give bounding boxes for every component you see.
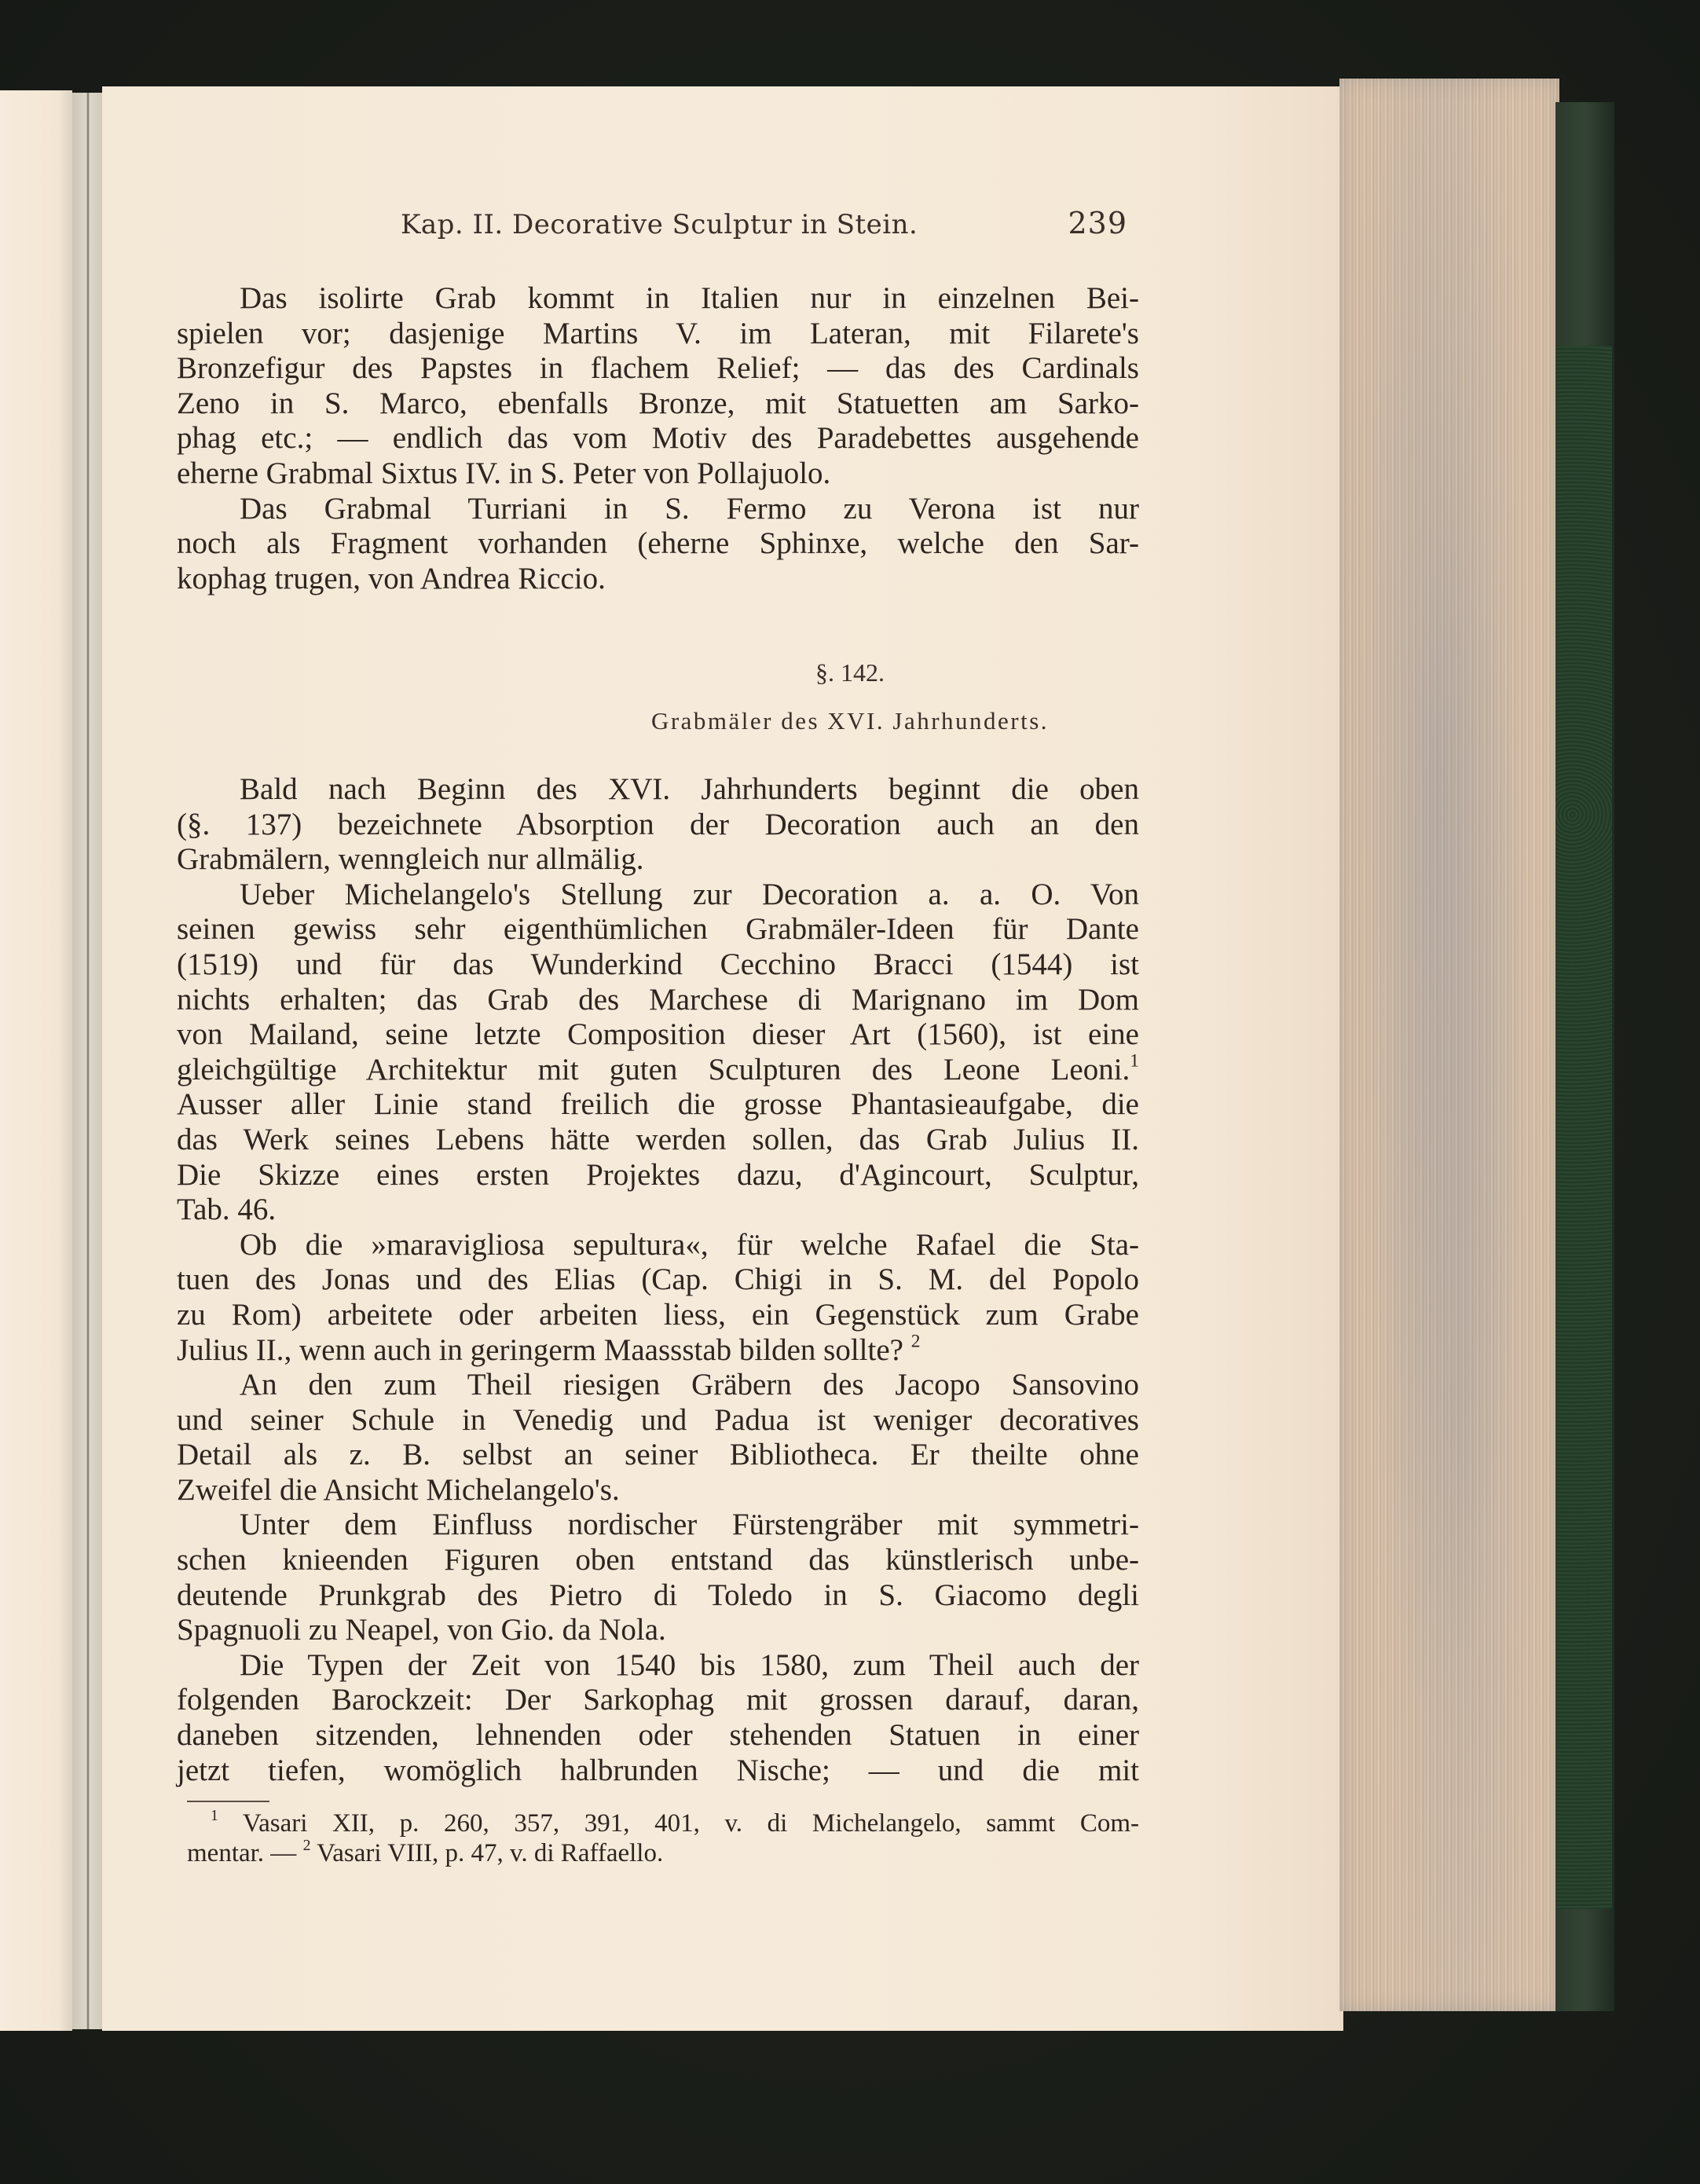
text-line: schen knieenden Figuren oben entstand da…	[177, 1543, 1139, 1578]
text-line: spielen vor; dasjenige Martins V. im Lat…	[177, 317, 1139, 352]
facing-page-left	[0, 90, 72, 2031]
text-line: jetzt tiefen, womöglich halbrunden Nisch…	[177, 1753, 1139, 1789]
footnotes: 1 Vasari XII, p. 260, 357, 391, 401, v. …	[187, 1808, 1139, 1868]
text-line: Unter dem Einfluss nordischer Fürstengrä…	[177, 1508, 1139, 1543]
paragraph: Das isolirte Grab kommt in Italien nur i…	[177, 281, 1139, 492]
text-line: Die Skizze eines ersten Projektes dazu, …	[177, 1158, 1139, 1193]
text-line-with-footnote: gleichgültige Architektur mit guten Scul…	[177, 1053, 1139, 1088]
text-line: noch als Fragment vorhanden (eherne Sphi…	[177, 526, 1139, 562]
text-line: gleichgültige Architektur mit guten Scul…	[177, 1053, 1130, 1087]
footnote-2: mentar. — 2 Vasari VIII, p. 47, v. di Ra…	[187, 1838, 1139, 1868]
page-number: 239	[1068, 206, 1127, 240]
paragraph: Die Typen der Zeit von 1540 bis 1580, zu…	[177, 1648, 1139, 1788]
paragraph: Bald nach Beginn des XVI. Jahrhunderts b…	[177, 772, 1139, 878]
text-line: Julius II., wenn auch in geringerm Maass…	[177, 1333, 903, 1367]
footnote-1: 1 Vasari XII, p. 260, 357, 391, 401, v. …	[187, 1808, 1139, 1838]
text-line: (1519) und für das Wunderkind Cecchino B…	[177, 947, 1139, 983]
text-line: seinen gewiss sehr eigenthümlichen Grabm…	[177, 912, 1139, 947]
footnote-mark: 1	[211, 1807, 218, 1824]
text-line-with-footnote: Julius II., wenn auch in geringerm Maass…	[177, 1333, 1139, 1369]
body-text: Das isolirte Grab kommt in Italien nur i…	[177, 281, 1139, 596]
footnote-text: Vasari XII, p. 260, 357, 391, 401, v. di…	[243, 1809, 1139, 1838]
text-line: Die Typen der Zeit von 1540 bis 1580, zu…	[177, 1648, 1139, 1684]
text-line: phag etc.; — endlich das vom Motiv des P…	[177, 421, 1139, 456]
text-line: Das Grabmal Turriani in S. Fermo zu Vero…	[177, 492, 1139, 527]
text-line: und seiner Schule in Venedig und Padua i…	[177, 1403, 1139, 1438]
text-line: nichts erhalten; das Grab des Marchese d…	[177, 983, 1139, 1018]
paragraph: Unter dem Einfluss nordischer Fürstengrä…	[177, 1508, 1139, 1647]
text-line: Spagnuoli zu Neapel, von Gio. da Nola.	[177, 1613, 1139, 1648]
text-line: folgenden Barockzeit: Der Sarkophag mit …	[177, 1683, 1139, 1718]
text-line: Zweifel die Ansicht Michelangelo's.	[177, 1473, 1139, 1508]
paragraph: Das Grabmal Turriani in S. Fermo zu Vero…	[177, 492, 1139, 597]
text-line: daneben sitzenden, lehnenden oder stehen…	[177, 1718, 1139, 1753]
section-number: §. 142.	[0, 658, 1700, 687]
paragraph: An den zum Theil riesigen Gräbern des Ja…	[177, 1368, 1139, 1508]
paragraph: Ob die »maravigliosa sepultura«, für wel…	[177, 1228, 1139, 1368]
paragraph: Ueber Michelangelo's Stellung zur Decora…	[177, 878, 1139, 1228]
text-line: Detail als z. B. selbst an seiner Biblio…	[177, 1438, 1139, 1473]
text-line: tuen des Jonas und des Elias (Cap. Chigi…	[177, 1262, 1139, 1298]
footnote-ref[interactable]: 2	[911, 1331, 921, 1351]
footnote-text: mentar. —	[187, 1839, 303, 1867]
text-line: eherne Grabmal Sixtus IV. in S. Peter vo…	[177, 456, 1139, 492]
body-text-section: Bald nach Beginn des XVI. Jahrhunderts b…	[177, 772, 1139, 1788]
footnote-divider	[187, 1801, 269, 1802]
text-line: Bronzefigur des Papstes in flachem Relie…	[177, 351, 1139, 387]
text-line: zu Rom) arbeitete oder arbeiten liess, e…	[177, 1298, 1139, 1333]
book-gutter	[72, 93, 104, 2029]
footnote-text: Vasari VIII, p. 47, v. di Raffaello.	[317, 1839, 663, 1867]
text-line: (§. 137) bezeichnete Absorption der Deco…	[177, 808, 1139, 843]
text-line: An den zum Theil riesigen Gräbern des Ja…	[177, 1368, 1139, 1403]
text-line: deutende Prunkgrab des Pietro di Toledo …	[177, 1578, 1139, 1614]
text-line: Ueber Michelangelo's Stellung zur Decora…	[177, 878, 1139, 913]
footnote-mark: 2	[303, 1837, 311, 1854]
text-line: Zeno in S. Marco, ebenfalls Bronze, mit …	[177, 387, 1139, 422]
text-line: kophag trugen, von Andrea Riccio.	[177, 562, 1139, 597]
book-cover-leather	[1555, 346, 1612, 1909]
text-line: Das isolirte Grab kommt in Italien nur i…	[177, 281, 1139, 317]
text-line: Ausser aller Linie stand freilich die gr…	[177, 1087, 1139, 1123]
footnote-ref[interactable]: 1	[1130, 1050, 1139, 1071]
text-line: Tab. 46.	[177, 1193, 1139, 1228]
running-header: Kap. II. Decorative Sculptur in Stein. 2…	[401, 206, 1127, 240]
text-line: Ob die »maravigliosa sepultura«, für wel…	[177, 1228, 1139, 1263]
page-block-edge	[1339, 79, 1559, 2011]
section-heading: Grabmäler des XVI. Jahrhunderts.	[0, 707, 1700, 735]
text-line: Bald nach Beginn des XVI. Jahrhunderts b…	[177, 772, 1139, 808]
text-line: das Werk seines Lebens hätte werden soll…	[177, 1123, 1139, 1158]
running-header-title: Kap. II. Decorative Sculptur in Stein.	[401, 209, 918, 240]
text-line: von Mailand, seine letzte Composition di…	[177, 1017, 1139, 1053]
text-line: Grabmälern, wenngleich nur allmälig.	[177, 842, 1139, 878]
